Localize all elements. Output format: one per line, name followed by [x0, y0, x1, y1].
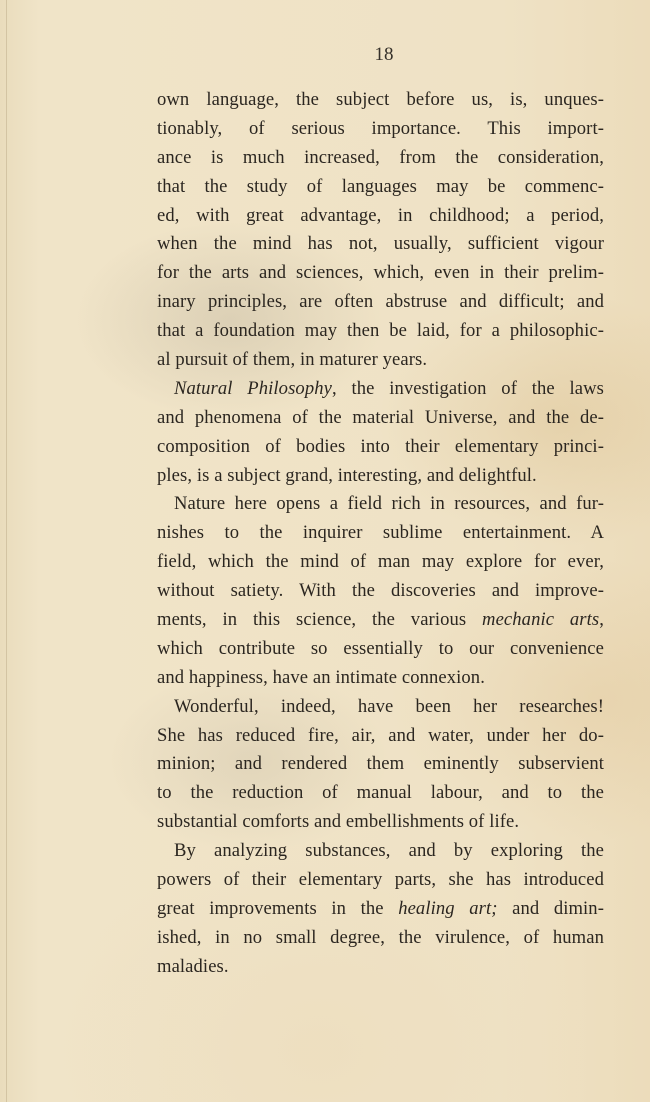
text-run: when the mind has not, usually, sufficie… — [157, 233, 604, 254]
text-run: inary principles, are often abstruse and… — [157, 291, 604, 312]
text-line-content: Nature here opens a field rich in resour… — [174, 490, 604, 519]
text-run: minion; and rendered them eminently subs… — [157, 753, 604, 774]
text-line-content: ments, in this science, the various mech… — [157, 606, 604, 635]
text-line-content: and phenomena of the material Universe, … — [157, 404, 604, 433]
text-run: field, which the mind of man may explore… — [157, 551, 604, 572]
text-line: ished, in no small degree, the virulence… — [157, 924, 604, 953]
text-line: and happiness, have an intimate connexio… — [157, 664, 604, 693]
text-line-content: when the mind has not, usually, sufficie… — [157, 230, 604, 259]
text-line: Natural Philosophy, the investigation of… — [157, 375, 604, 404]
text-line-content: Wonderful, indeed, have been her researc… — [174, 693, 604, 722]
text-run: Wonderful, indeed, have been her researc… — [174, 696, 604, 717]
text-line: minion; and rendered them eminently subs… — [157, 750, 604, 779]
paragraph: Wonderful, indeed, have been her researc… — [157, 693, 604, 837]
text-line-content: By analyzing substances, and by explorin… — [174, 837, 604, 866]
text-line: ed, with great advantage, in childhood; … — [157, 202, 604, 231]
text-line: Nature here opens a field rich in resour… — [157, 490, 604, 519]
text-line-content: own language, the subject before us, is,… — [157, 86, 604, 115]
text-line-content: ished, in no small degree, the virulence… — [157, 924, 604, 953]
paragraph: own language, the subject before us, is,… — [157, 86, 604, 375]
page-number: 18 — [0, 44, 650, 66]
text-line: composition of bodies into their element… — [157, 433, 604, 462]
text-run: substantial comforts and embellishments … — [157, 811, 519, 832]
page-edge — [6, 0, 7, 1102]
text-line-content: which contribute so essentially to our c… — [157, 635, 604, 664]
text-line-content: maladies. — [157, 953, 604, 982]
text-run: for the arts and sciences, which, even i… — [157, 262, 604, 283]
text-line-content: powers of their elementary parts, she ha… — [157, 866, 604, 895]
text-run: without satiety. With the discoveries an… — [157, 580, 604, 601]
text-run: great improvements in the — [157, 898, 398, 919]
text-line-content: Natural Philosophy, the investigation of… — [174, 375, 604, 404]
italic-phrase: mechanic arts — [482, 609, 599, 630]
paragraph: By analyzing substances, and by explorin… — [157, 837, 604, 981]
text-line: for the arts and sciences, which, even i… — [157, 259, 604, 288]
text-line-content: field, which the mind of man may explore… — [157, 548, 604, 577]
text-line-content: nishes to the inquirer sublime entertain… — [157, 519, 604, 548]
text-line: when the mind has not, usually, sufficie… — [157, 230, 604, 259]
text-run: ance is much increased, from the conside… — [157, 147, 604, 168]
paragraph: Natural Philosophy, the investigation of… — [157, 375, 604, 491]
text-line-content: without satiety. With the discoveries an… — [157, 577, 604, 606]
text-line: field, which the mind of man may explore… — [157, 548, 604, 577]
text-run: al pursuit of them, in maturer years. — [157, 349, 427, 370]
text-run: ed, with great advantage, in childhood; … — [157, 205, 604, 226]
text-run: ments, in this science, the various — [157, 609, 482, 630]
text-line-content: inary principles, are often abstruse and… — [157, 288, 604, 317]
text-line-content: ples, is a subject grand, interesting, a… — [157, 462, 604, 491]
text-run: own language, the subject before us, is,… — [157, 89, 604, 110]
text-run: By analyzing substances, and by explorin… — [174, 840, 604, 861]
text-line: al pursuit of them, in maturer years. — [157, 346, 604, 375]
paragraph: Nature here opens a field rich in resour… — [157, 490, 604, 692]
text-line: By analyzing substances, and by explorin… — [157, 837, 604, 866]
text-run: ished, in no small degree, the virulence… — [157, 927, 604, 948]
text-run: which contribute so essentially to our c… — [157, 638, 604, 659]
text-line-content: for the arts and sciences, which, even i… — [157, 259, 604, 288]
text-line: powers of their elementary parts, she ha… — [157, 866, 604, 895]
text-line: without satiety. With the discoveries an… — [157, 577, 604, 606]
text-run: that a foundation may then be laid, for … — [157, 320, 604, 341]
text-line-content: composition of bodies into their element… — [157, 433, 604, 462]
text-run: composition of bodies into their element… — [157, 436, 604, 457]
text-line: own language, the subject before us, is,… — [157, 86, 604, 115]
text-line: ples, is a subject grand, interesting, a… — [157, 462, 604, 491]
text-line: substantial comforts and embellishments … — [157, 808, 604, 837]
text-run: She has reduced fire, air, and water, un… — [157, 725, 604, 746]
text-line: to the reduction of manual labour, and t… — [157, 779, 604, 808]
text-run: ples, is a subject grand, interesting, a… — [157, 465, 537, 486]
text-line: ments, in this science, the various mech… — [157, 606, 604, 635]
text-line: She has reduced fire, air, and water, un… — [157, 722, 604, 751]
text-line-content: She has reduced fire, air, and water, un… — [157, 722, 604, 751]
text-line-content: ed, with great advantage, in childhood; … — [157, 202, 604, 231]
text-run: powers of their elementary parts, she ha… — [157, 869, 604, 890]
text-line-content: tionably, of serious importance. This im… — [157, 115, 604, 144]
body-text: own language, the subject before us, is,… — [157, 86, 604, 982]
text-run: , — [599, 609, 604, 630]
text-line-content: that a foundation may then be laid, for … — [157, 317, 604, 346]
text-run: Nature here opens a field rich in resour… — [174, 493, 604, 514]
text-run: and phenomena of the material Universe, … — [157, 407, 604, 428]
text-line: ance is much increased, from the conside… — [157, 144, 604, 173]
text-line: which contribute so essentially to our c… — [157, 635, 604, 664]
text-run: tionably, of serious importance. This im… — [157, 118, 604, 139]
text-run: and happiness, have an intimate connexio… — [157, 667, 485, 688]
italic-phrase: Natural Philosophy — [174, 378, 332, 399]
text-line-content: to the reduction of manual labour, and t… — [157, 779, 604, 808]
text-line-content: al pursuit of them, in maturer years. — [157, 346, 604, 375]
text-line: and phenomena of the material Universe, … — [157, 404, 604, 433]
text-line: inary principles, are often abstruse and… — [157, 288, 604, 317]
text-line: tionably, of serious importance. This im… — [157, 115, 604, 144]
text-run: that the study of languages may be comme… — [157, 176, 604, 197]
text-run: nishes to the inquirer sublime entertain… — [157, 522, 604, 543]
text-run: and dimin- — [498, 898, 604, 919]
text-line: nishes to the inquirer sublime entertain… — [157, 519, 604, 548]
text-line-content: minion; and rendered them eminently subs… — [157, 750, 604, 779]
text-run: maladies. — [157, 956, 229, 977]
text-line-content: and happiness, have an intimate connexio… — [157, 664, 604, 693]
text-line: that the study of languages may be comme… — [157, 173, 604, 202]
text-line: maladies. — [157, 953, 604, 982]
text-line: Wonderful, indeed, have been her researc… — [157, 693, 604, 722]
italic-phrase: healing art; — [398, 898, 497, 919]
text-run: , the investigation of the laws — [332, 378, 604, 399]
text-line: great improvements in the healing art; a… — [157, 895, 604, 924]
text-line-content: substantial comforts and embellishments … — [157, 808, 604, 837]
text-line: that a foundation may then be laid, for … — [157, 317, 604, 346]
text-run: to the reduction of manual labour, and t… — [157, 782, 604, 803]
text-line-content: great improvements in the healing art; a… — [157, 895, 604, 924]
text-line-content: that the study of languages may be comme… — [157, 173, 604, 202]
text-line-content: ance is much increased, from the conside… — [157, 144, 604, 173]
